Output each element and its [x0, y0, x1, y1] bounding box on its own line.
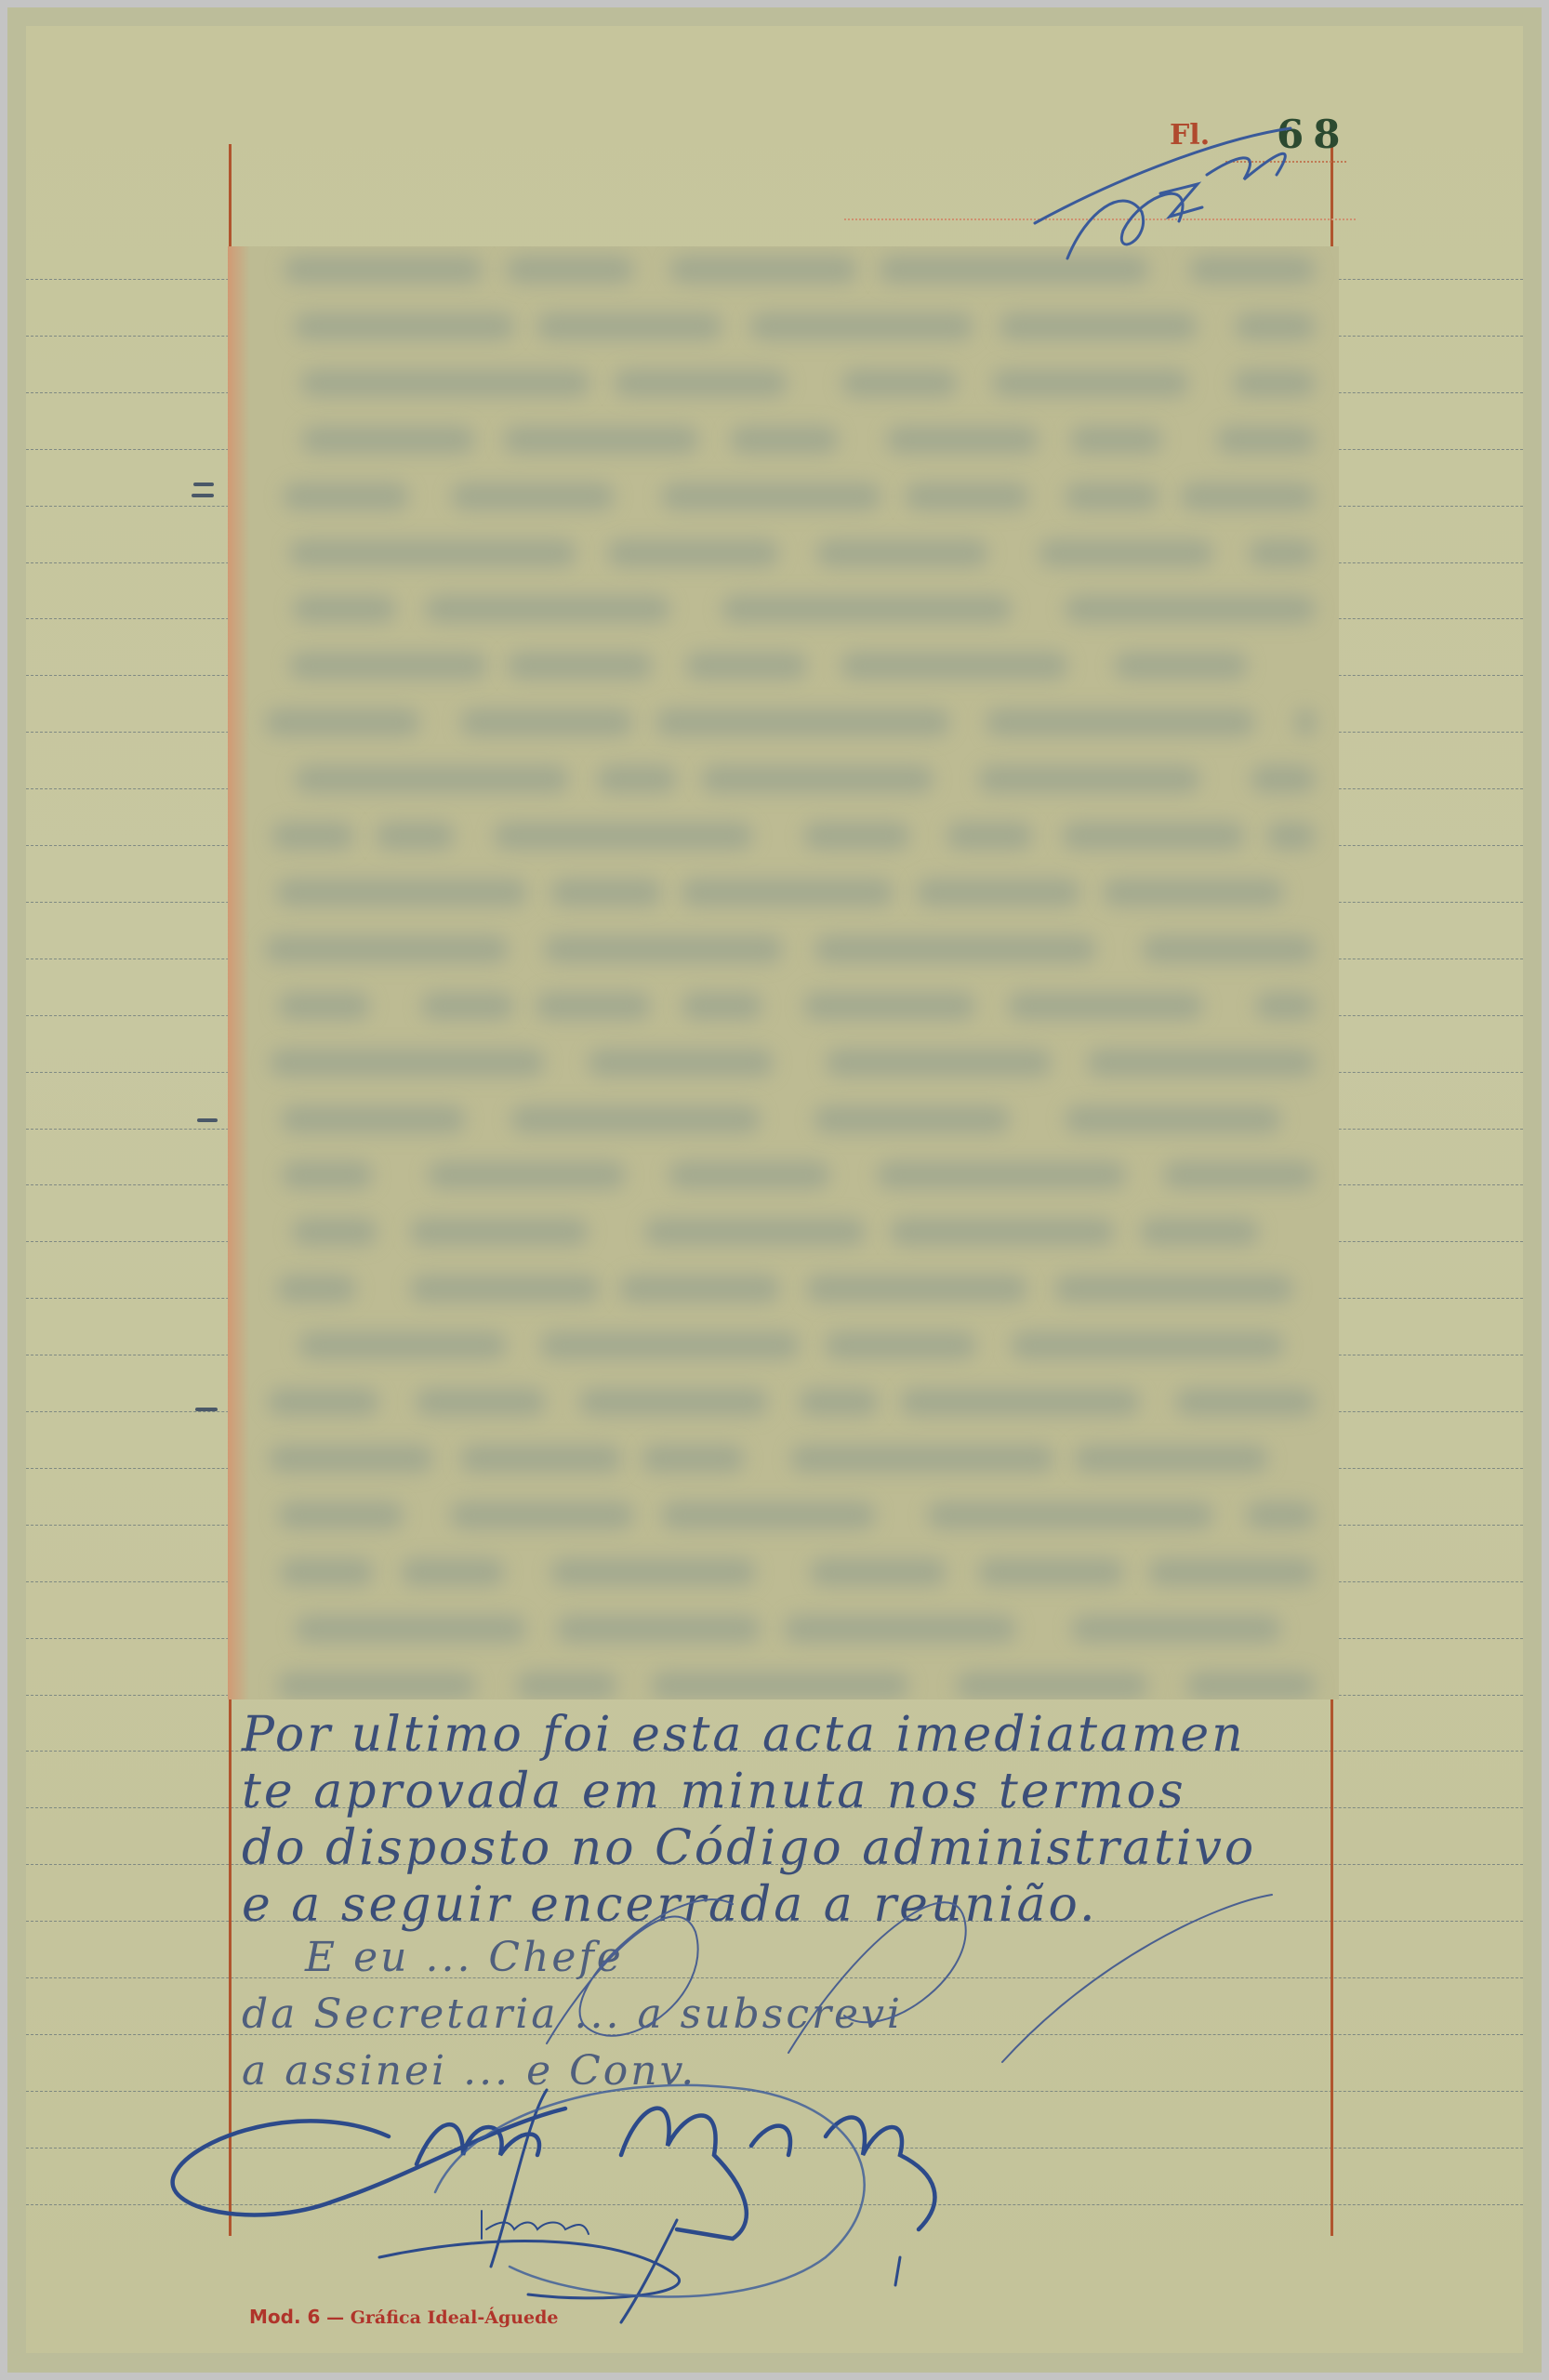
footer-separator: — [326, 2307, 344, 2328]
signatures [26, 26, 1523, 2353]
form-code: Mod. 6 [249, 2306, 320, 2328]
form-footer: Mod. 6 — Gráfica Ideal-Águede [249, 2306, 559, 2328]
document-page: Fl. 68 Por ultimo foi esta acta imediata… [26, 26, 1523, 2353]
printer-name: Gráfica Ideal-Águede [351, 2307, 559, 2328]
